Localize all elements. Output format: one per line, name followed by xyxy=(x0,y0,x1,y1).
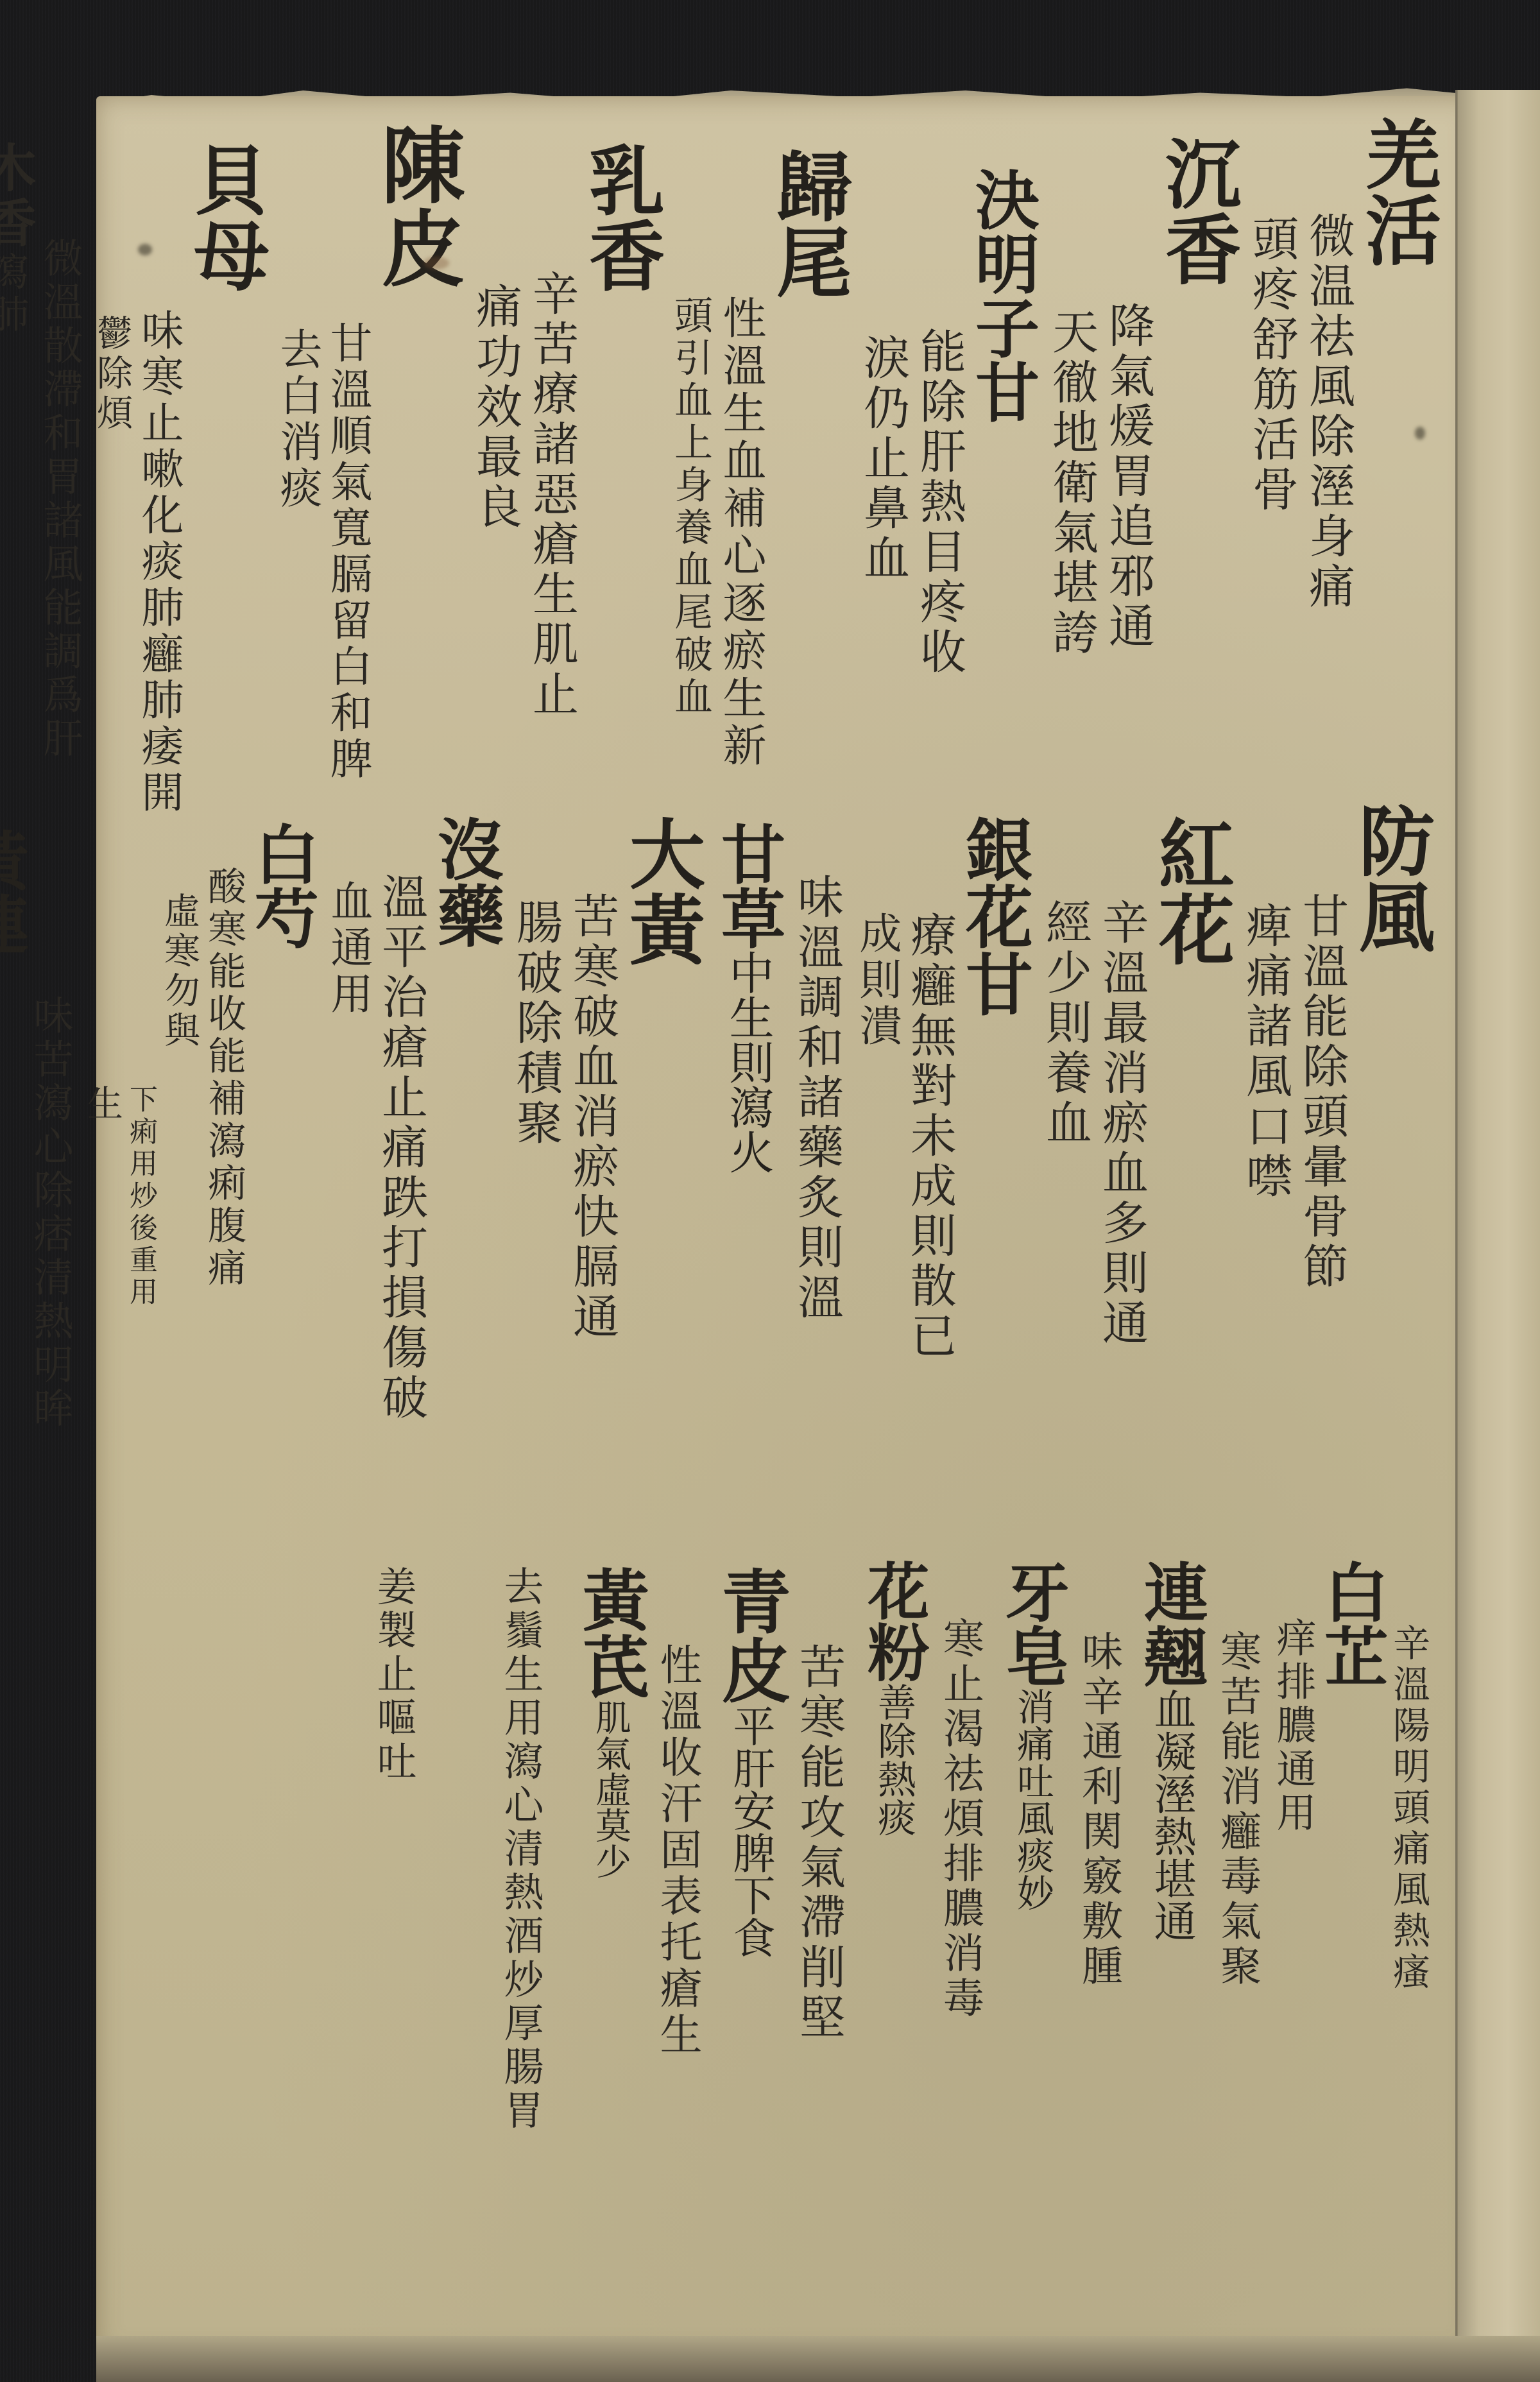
herb-entry-yazao: 味辛通利関竅敷腫 牙皂消痛吐風痰妙 xyxy=(992,1553,1124,2323)
herb-note: 肌氣虛莫少 xyxy=(590,1699,631,1879)
herb-entry-huafen: 寒止渴祛煩排膿消毒 花粉善除熱痰 xyxy=(853,1553,986,2323)
herb-entry-chenpi: 陳皮 甘溫順氣寬膈留白和脾 去白消痰 xyxy=(272,116,461,809)
processing-note: 去鬚生用瀉心清熱酒炒厚腸胃 xyxy=(501,1566,540,2133)
herb-entry-baishao: 白芍 酸寒能收能補瀉痢腹痛 虛寒勿與 下痢用炒後重用 生 xyxy=(80,802,316,1540)
herb-description: 性溫收汗固表托瘡生 xyxy=(656,1643,698,2059)
herb-name: 羌活 xyxy=(1359,116,1435,267)
herb-name: 花粉 xyxy=(858,1559,930,1683)
herb-entry-baizhi: 辛溫陽明頭痛風熱瘙 白芷 痒排膿通用 xyxy=(1269,1553,1431,2323)
ink-spot xyxy=(138,244,152,255)
herb-description: 頭疼舒筋活骨 xyxy=(1249,215,1295,515)
herb-entry-qianghuo: 羌活 微温祛風除溼身痛 頭疼舒筋活骨 xyxy=(1244,116,1437,809)
page-fold-line xyxy=(1455,90,1457,2382)
herb-description: 甘溫能除頭暈骨節 xyxy=(1299,892,1345,1292)
herb-name: 乳香 xyxy=(583,141,658,293)
herb-entry-guiwei: 歸尾 性溫生血補心逐瘀生新 頭引血上身養血尾破血 xyxy=(667,116,848,809)
herb-name-and-note: 木香瀉肺 xyxy=(0,141,32,336)
register-middle: 防風 甘溫能除頭暈骨節 痺痛諸風口噤 紅花 辛溫最消瘀血多則通 經少則養血 銀花… xyxy=(109,802,1450,1540)
herb-entry-juemingzi: 決明子甘 能除肝熱目疼收 淚仍止鼻血 xyxy=(855,116,1037,809)
herb-entry-yinhua: 銀花甘 療癰無對未成則散已 成則潰 xyxy=(851,802,1031,1540)
herb-description: 經少則養血 xyxy=(1042,898,1088,1149)
herb-entry-fangfeng: 防風 甘溫能除頭暈骨節 痺痛諸風口噤 xyxy=(1237,802,1431,1540)
herb-name: 紅花 xyxy=(1152,815,1228,966)
herb-description: 虛寒勿與 xyxy=(161,892,197,1051)
herb-entry-muxiang: 微溫散滯和胃諸風能調爲肝 木香瀉肺 xyxy=(0,116,85,809)
herb-name: 甘草 xyxy=(710,821,786,950)
herb-description: 味苦瀉心除痞清熱明眸 xyxy=(30,995,70,1431)
herb-entry-dahuang: 大黃 苦寒破血消瘀快膈通 腸破除積聚 xyxy=(508,802,701,1540)
herb-description: 能除肝熱目疼收 xyxy=(916,327,963,678)
herb-name: 黃連 xyxy=(0,828,24,956)
herb-name: 連翹 xyxy=(1133,1559,1209,1688)
herb-description: 寒止渴祛煩排膿消毒 xyxy=(939,1617,980,2021)
herb-description: 天徹地衛氣堪誇 xyxy=(1048,308,1095,658)
herb-note: 瀉肺 xyxy=(0,252,29,336)
herb-note: 血凝溼熱堪通 xyxy=(1147,1688,1196,1942)
herb-description: 辛溫陽明頭痛風熱瘙 xyxy=(1390,1624,1427,1993)
herb-note: 消痛吐風痰妙 xyxy=(1011,1688,1054,1911)
herb-note: 生 xyxy=(84,1084,120,1124)
herb-name: 黃芪 xyxy=(571,1566,650,1699)
herb-description: 痺痛諸風口噤 xyxy=(1242,902,1288,1202)
herb-entry-chenxiang: 沉香 降氣煖胃追邪通 天徹地衛氣堪誇 xyxy=(1043,116,1237,809)
herb-name: 防風 xyxy=(1353,802,1428,954)
herb-description: 溫平治瘡止痛跌打損傷破 xyxy=(378,873,424,1423)
herb-name: 歸尾 xyxy=(770,148,846,299)
herb-description: 味辛通利関竅敷腫 xyxy=(1078,1630,1119,1989)
huanglian-processing-note: 去鬚生用瀉心清熱酒炒厚腸胃 姜製止嘔吐 xyxy=(370,1553,544,2323)
herb-name-and-note: 黃芪肌氣虛莫少 xyxy=(572,1566,648,1879)
register-top: 羌活 微温祛風除溼身痛 頭疼舒筋活骨 沉香 降氣煖胃追邪通 天徹地衛氣堪誇 決明… xyxy=(109,116,1450,809)
herb-note: 中生則瀉火 xyxy=(722,950,774,1174)
herb-name: 沉香 xyxy=(1159,135,1235,286)
herb-name: 青皮 xyxy=(710,1566,791,1704)
herb-usage-note: 下痢用炒後重用 xyxy=(126,1084,155,1309)
herb-description: 甘溫順氣寬膈留白和脾 xyxy=(326,321,368,783)
herb-description: 痒排膿通用 xyxy=(1273,1617,1313,1835)
facing-page-edge xyxy=(1457,90,1540,2382)
herb-description: 微溫散滯和胃諸風能調爲肝 xyxy=(40,237,80,761)
herb-description: 淚仍止鼻血 xyxy=(860,334,906,584)
herb-entry-huanglian: 味苦瀉心除痞清熱明眸 黃連 厚腸止痢 xyxy=(0,802,74,1540)
herb-name-and-note: 連翹血凝溼熱堪通 xyxy=(1133,1559,1209,1942)
herb-description: 降氣煖胃追邪通 xyxy=(1105,302,1151,652)
herb-description: 辛溫最消瘀血多則通 xyxy=(1099,898,1145,1349)
herb-description: 微温祛風除溼身痛 xyxy=(1305,212,1351,612)
herb-name: 銀花甘 xyxy=(961,815,1028,1017)
herb-entry-qingpi: 苦寒能攻氣滯削堅 青皮平肝安脾下食 xyxy=(710,1553,847,2323)
herb-description: 酸寒能收能補瀉痢腹痛 xyxy=(205,866,243,1290)
herb-description: 寒苦能消癰毒氣聚 xyxy=(1217,1630,1258,1989)
herb-name-and-note: 牙皂消痛吐風痰妙 xyxy=(995,1559,1070,1911)
herb-entry-huangqi: 性溫收汗固表托瘡生 黃芪肌氣虛莫少 xyxy=(570,1553,703,2323)
herb-entry-lianqiao: 寒苦能消癰毒氣聚 連翹血凝溼熱堪通 xyxy=(1131,1553,1263,2323)
herb-description: 頭引血上身養血尾破血 xyxy=(671,295,710,719)
herb-entry-ruxiang: 乳香 辛苦療諸惡瘡生肌止 痛功效最良 xyxy=(467,116,661,809)
register-bottom: 辛溫陽明頭痛風熱瘙 白芷 痒排膿通用 寒苦能消癰毒氣聚 連翹血凝溼熱堪通 味辛通… xyxy=(109,1553,1450,2323)
herb-description: 苦寒破血消瘀快膈通 xyxy=(569,892,615,1342)
herb-entry-gancao: 味溫調和諸藥炙則溫 甘草中生則瀉火 xyxy=(708,802,845,1540)
herb-note: 善除熱痰 xyxy=(871,1683,916,1837)
stain-spot xyxy=(424,257,449,270)
page-bottom-edge xyxy=(96,2336,1540,2382)
herb-name-and-note: 青皮平肝安脾下食 xyxy=(712,1566,788,1958)
herb-name: 沒藥 xyxy=(432,815,499,948)
herb-description: 血通用 xyxy=(327,879,369,1018)
herb-entry-honghua: 紅花 辛溫最消瘀血多則通 經少則養血 xyxy=(1037,802,1231,1540)
herb-description: 辛苦療諸惡瘡生肌止 xyxy=(529,270,575,720)
herb-entry-moyao: 沒藥 溫平治瘡止痛跌打損傷破 血通用 xyxy=(323,802,501,1540)
herb-name: 白芍 xyxy=(250,821,314,950)
herb-note: 虛寒勿與 xyxy=(158,892,200,1051)
processing-note: 姜製止嘔吐 xyxy=(373,1566,413,1784)
herb-name: 白芷 xyxy=(1319,1559,1383,1688)
herb-description: 腸破除積聚 xyxy=(513,898,559,1149)
herb-description: 性溫生血補心逐瘀生新 xyxy=(719,295,762,770)
herb-note: 平肝安脾下食 xyxy=(726,1704,775,1958)
ink-spot xyxy=(1415,427,1425,440)
herb-entry-beimu: 貝母 味寒止嗽化痰肺癰肺痿開 鬱除煩 xyxy=(91,116,266,809)
herb-description: 苦寒能攻氣滯削堅 xyxy=(796,1643,842,2043)
herb-name: 牙皂 xyxy=(995,1559,1070,1688)
herb-name: 木香 xyxy=(0,141,37,252)
herb-description: 鬱除煩 xyxy=(94,314,130,434)
herb-description: 痛功效最良 xyxy=(472,282,518,533)
herb-name: 大黃 xyxy=(623,815,699,966)
herb-description: 去白消痰 xyxy=(276,327,318,512)
herb-name-and-note: 甘草中生則瀉火 xyxy=(710,821,786,1174)
herb-name-and-note: 花粉善除熱痰 xyxy=(856,1559,932,1837)
herb-description: 成則潰 xyxy=(855,911,898,1050)
herb-description: 味溫調和諸藥炙則溫 xyxy=(794,873,840,1323)
herb-description: 味寒止嗽化痰肺癰肺痿開 xyxy=(137,308,180,816)
herb-description: 療癰無對未成則散已 xyxy=(907,911,953,1362)
herb-name: 貝母 xyxy=(187,141,263,293)
herb-name: 決明子甘 xyxy=(970,167,1034,424)
